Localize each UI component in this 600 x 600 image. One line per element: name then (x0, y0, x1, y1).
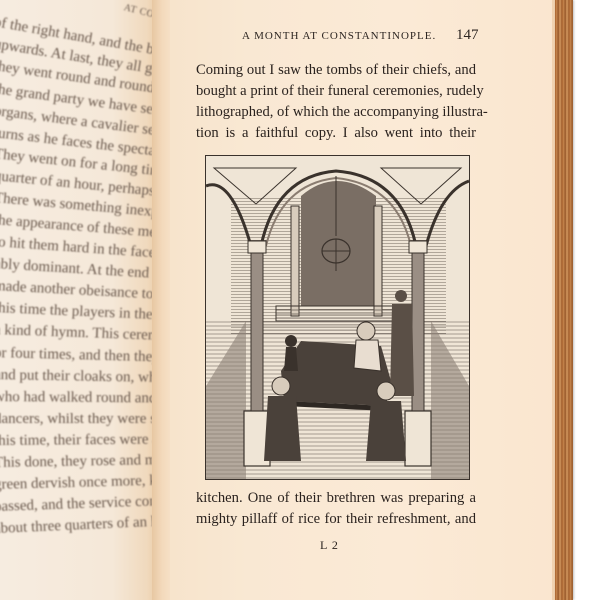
left-line: a kind of hymn. This ceremony was repeat… (0, 322, 160, 348)
text-line: kitchen. One of their brethren was prepa… (196, 488, 476, 509)
running-head: A MONTH AT CONSTANTINOPLE. (242, 30, 532, 42)
engraving-image (206, 156, 469, 479)
book-photo: AT CONSTANTINOPLE. of the right hand, an… (0, 0, 600, 600)
page-number: 147 (456, 27, 479, 44)
left-line: dancers, whilst they were spinning, sang… (0, 411, 160, 428)
text-line: bought a print of their funeral ceremoni… (196, 81, 476, 102)
text-line: tion is a faithful copy. I also went int… (196, 123, 476, 144)
text-line: Coming out I saw the tombs of their chie… (196, 60, 476, 81)
left-line: who had walked round and round among (0, 389, 160, 408)
funeral-ceremony-illustration (205, 155, 470, 480)
signature-mark: L 2 (320, 538, 339, 553)
left-line: passed, and the service concluded, occup… (0, 489, 160, 516)
left-line: green dervish once more, kissing his han… (0, 470, 160, 494)
paragraph-bottom: kitchen. One of their brethren was prepa… (196, 488, 476, 530)
text-line: lithographed, of which the accompanying … (196, 102, 476, 123)
left-page: AT CONSTANTINOPLE. of the right hand, an… (0, 0, 160, 600)
text-line: mighty pillaff of rice for their refresh… (196, 509, 476, 530)
left-line: and put their cloaks on, whilst another … (0, 367, 160, 389)
left-line: about three quarters of an hour. (0, 513, 160, 538)
right-page: A MONTH AT CONSTANTINOPLE. 147 Coming ou… (170, 0, 556, 600)
book-cover-edge (555, 0, 573, 600)
left-line: this time, their faces were all close to… (0, 431, 160, 450)
paragraph-top: Coming out I saw the tombs of their chie… (196, 60, 476, 144)
left-line: This done, they rose and marched before … (0, 450, 160, 472)
left-line: or four times, and then they all sat dow… (0, 345, 160, 368)
